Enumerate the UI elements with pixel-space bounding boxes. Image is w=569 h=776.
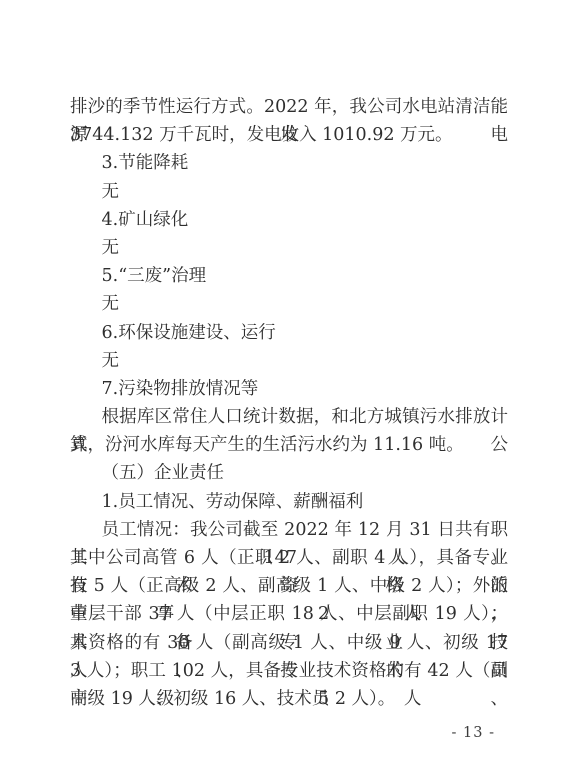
text-line: 6.环保设施建设、运行 bbox=[70, 319, 508, 347]
text-line: 无 bbox=[70, 178, 508, 206]
text-line: 排沙的季节性运行方式。2022 年，我公司水电站清洁能源发电 bbox=[70, 93, 508, 121]
text-line: 中层干部 37 人（中层正职 18 人、中层副职 19 人），具备专业技 bbox=[70, 600, 508, 628]
text-line: （五）企业责任 bbox=[70, 459, 508, 487]
page-number: - 13 - bbox=[0, 725, 495, 741]
text-line: 4.矿山绿化 bbox=[70, 206, 508, 234]
text-line: 7.污染物排放情况等 bbox=[70, 375, 508, 403]
text-line: 3744.132 万千瓦时，发电收入 1010.92 万元。 bbox=[70, 121, 508, 149]
text-line: 式，汾河水库每天产生的生活污水约为 11.16 吨。 bbox=[70, 431, 508, 459]
document-page: 排沙的季节性运行方式。2022 年，我公司水电站清洁能源发电3744.132 万… bbox=[0, 0, 569, 776]
text-line: 术资格的有 30 人（副高级 1 人、中级 9 人、初级 17 人、技术员 bbox=[70, 629, 508, 657]
text-line: 1.员工情况、劳动保障、薪酬福利 bbox=[70, 488, 508, 516]
text-line: 无 bbox=[70, 290, 508, 318]
text-line: 3.节能降耗 bbox=[70, 149, 508, 177]
text-line: 无 bbox=[70, 234, 508, 262]
text-line: 根据库区常住人口统计数据，和北方城镇污水排放计算公 bbox=[70, 403, 508, 431]
text-line: 员工情况：我公司截至 2022 年 12 月 31 日共有职工 147 人。 bbox=[70, 516, 508, 544]
text-line: 有 5 人（正高级 2 人、副高级 1 人、中级 2 人）；外派董事 2 人； bbox=[70, 572, 508, 600]
text-line: 3 人）；职工 102 人，具备专业技术资格的有 42 人（副高级 5 人、 bbox=[70, 657, 508, 685]
text-line: 无 bbox=[70, 347, 508, 375]
text-line: 其中公司高管 6 人（正职 2 人、副职 4 人），具备专业技术资格的 bbox=[70, 544, 508, 572]
document-body: 排沙的季节性运行方式。2022 年，我公司水电站清洁能源发电3744.132 万… bbox=[70, 93, 508, 713]
text-line: 5.“三废”治理 bbox=[70, 262, 508, 290]
